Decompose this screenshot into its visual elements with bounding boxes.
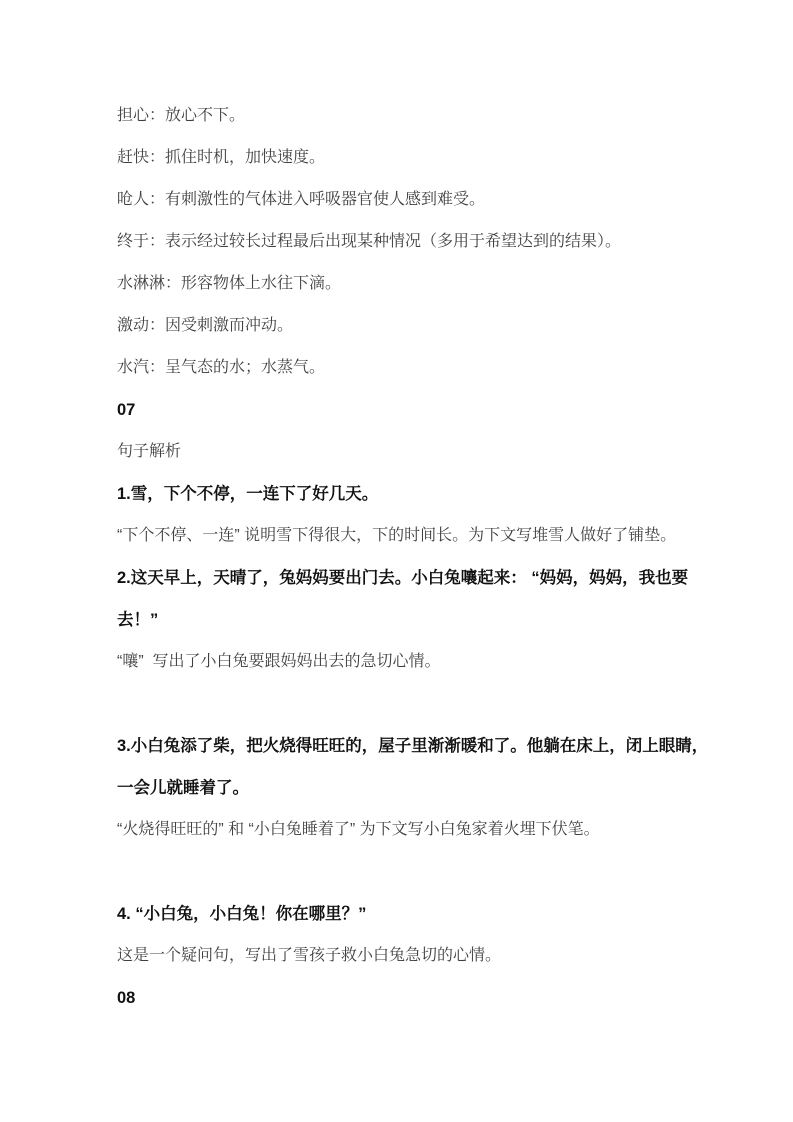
definition-line: 终于：表示经过较长过程最后出现某种情况（多用于希望达到的结果）。 <box>117 221 693 263</box>
analysis-line: “嚷” 写出了小白兔要跟妈妈出去的急切心情。 <box>117 641 693 683</box>
analysis-line: 这是一个疑问句，写出了雪孩子救小白兔急切的心情。 <box>117 935 693 977</box>
analysis-line: “火烧得旺旺的” 和 “小白兔睡着了” 为下文写小白兔家着火埋下伏笔。 <box>117 809 693 851</box>
definition-line: 水淋淋：形容物体上水往下滴。 <box>117 263 693 305</box>
sentence-line: 2.这天早上，天晴了，兔妈妈要出门去。小白兔嚷起来： “妈妈，妈妈，我也要 <box>117 557 693 599</box>
definition-line: 水汽：呈气态的水；水蒸气。 <box>117 347 693 389</box>
blank-line <box>117 683 693 725</box>
definition-line: 赶快：抓住时机，加快速度。 <box>117 137 693 179</box>
analysis-line: “下个不停、一连” 说明雪下得很大，下的时间长。为下文写堆雪人做好了铺垫。 <box>117 515 693 557</box>
sentence-line: 3.小白兔添了柴，把火烧得旺旺的，屋子里渐渐暖和了。他躺在床上，闭上眼睛， <box>117 725 693 767</box>
sentence-line: 去！” <box>117 599 693 641</box>
sentence-line: 1.雪，下个不停，一连下了好几天。 <box>117 473 693 515</box>
section-number-08: 08 <box>117 977 693 1019</box>
document-page: 担心：放心不下。 赶快：抓住时机，加快速度。 呛人：有刺激性的气体进入呼吸器官使… <box>0 0 793 1122</box>
sentence-line: 4. “小白兔，小白兔！你在哪里？” <box>117 893 693 935</box>
definition-line: 呛人：有刺激性的气体进入呼吸器官使人感到难受。 <box>117 179 693 221</box>
section-title: 句子解析 <box>117 431 693 473</box>
sentence-line: 一会儿就睡着了。 <box>117 767 693 809</box>
definition-line: 担心：放心不下。 <box>117 95 693 137</box>
section-number-07: 07 <box>117 389 693 431</box>
definition-line: 激动：因受刺激而冲动。 <box>117 305 693 347</box>
blank-line <box>117 851 693 893</box>
